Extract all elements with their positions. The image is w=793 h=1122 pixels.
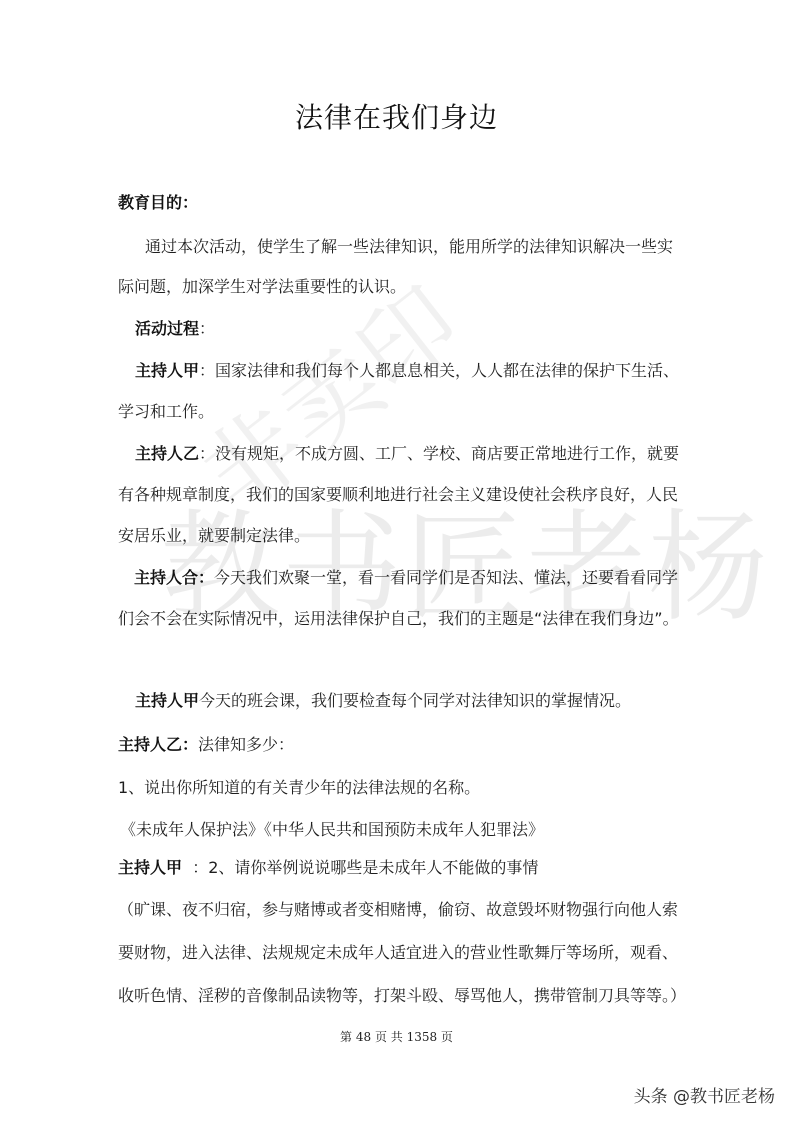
process-heading-colon: ：: [199, 319, 215, 338]
question-2-answer-2: 要财物，进入法律、法规规定未成年人适宜进入的营业性歌舞厅等场所，观看、: [118, 940, 678, 963]
dialogue-yi-1-cont-2: 安居乐业，就要制定法律。: [118, 523, 310, 546]
dialogue-text: 今天我们欢聚一堂，看一看同学们是否知法、懂法，还要看看同学: [214, 568, 678, 587]
dialogue-yi-2: 主持人乙：法律知多少：: [118, 732, 294, 755]
dialogue-he: 主持人合：今天我们欢聚一堂，看一看同学们是否知法、懂法，还要看看同学: [134, 565, 678, 588]
purpose-text-1: 通过本次活动，使学生了解一些法律知识，能用所学的法律知识解决一些实: [145, 234, 673, 257]
question-2: 主持人甲 ：2、请你举例说说哪些是未成年人不能做的事情: [118, 855, 538, 878]
dialogue-he-cont: 们会不会在实际情况中，运用法律保护自己，我们的主题是“法律在我们身边”。: [118, 606, 679, 629]
process-heading-label: 活动过程: [135, 319, 199, 338]
speaker-label: 主持人合：: [134, 568, 214, 587]
dialogue-jia-1-cont: 学习和工作。: [118, 399, 214, 422]
question-2-answer-3: 收听色情、淫秽的音像制品读物等，打架斗殴、辱骂他人，携带管制刀具等等。）: [118, 983, 686, 1006]
question-2-answer-1: （旷课、夜不归宿，参与赌博或者变相赌博，偷窃、故意毁坏财物强行向他人索: [118, 897, 678, 920]
purpose-text-2: 际问题，加深学生对学法重要性的认识。: [118, 274, 406, 297]
source-brand-label: 头条 @教书匠老杨: [634, 1082, 775, 1107]
speaker-label: 主持人甲: [135, 691, 199, 710]
page-number: 第 48 页 共 1358 页: [0, 1028, 793, 1045]
document-page: 教书匠老杨 非卖印 法律在我们身边 教育目的： 通过本次活动，使学生了解一些法律…: [0, 0, 793, 1122]
dialogue-text: 没有规矩，不成方圆、工厂、学校、商店要正常地进行工作，就要: [215, 444, 679, 463]
question-1: 1、说出你所知道的有关青少年的法律法规的名称。: [118, 775, 480, 798]
speaker-label: 主持人甲: [135, 361, 199, 380]
speaker-label: 主持人乙: [135, 444, 199, 463]
process-heading: 活动过程：: [135, 316, 215, 339]
dialogue-jia-1: 主持人甲：国家法律和我们每个人都息息相关，人人都在法律的保护下生活、: [135, 358, 679, 381]
dialogue-yi-1: 主持人乙：没有规矩，不成方圆、工厂、学校、商店要正常地进行工作，就要: [135, 441, 679, 464]
dialogue-text: 法律知多少：: [198, 735, 294, 754]
dialogue-yi-1-cont-1: 有各种规章制度，我们的国家要顺利地进行社会主义建设使社会秩序良好，人民: [118, 482, 678, 505]
document-title: 法律在我们身边: [0, 96, 793, 136]
speaker-label: 主持人甲: [118, 858, 182, 877]
purpose-heading: 教育目的：: [118, 190, 198, 213]
question-2-text: ：2、请你举例说说哪些是未成年人不能做的事情: [182, 858, 538, 877]
dialogue-text: 今天的班会课，我们要检查每个同学对法律知识的掌握情况。: [199, 691, 631, 710]
dialogue-jia-2: 主持人甲今天的班会课，我们要检查每个同学对法律知识的掌握情况。: [135, 688, 631, 711]
dialogue-text: 国家法律和我们每个人都息息相关，人人都在法律的保护下生活、: [215, 361, 679, 380]
speaker-label: 主持人乙：: [118, 735, 198, 754]
question-1-answer: 《未成年人保护法》《中华人民共和国预防未成年人犯罪法》: [120, 817, 544, 840]
